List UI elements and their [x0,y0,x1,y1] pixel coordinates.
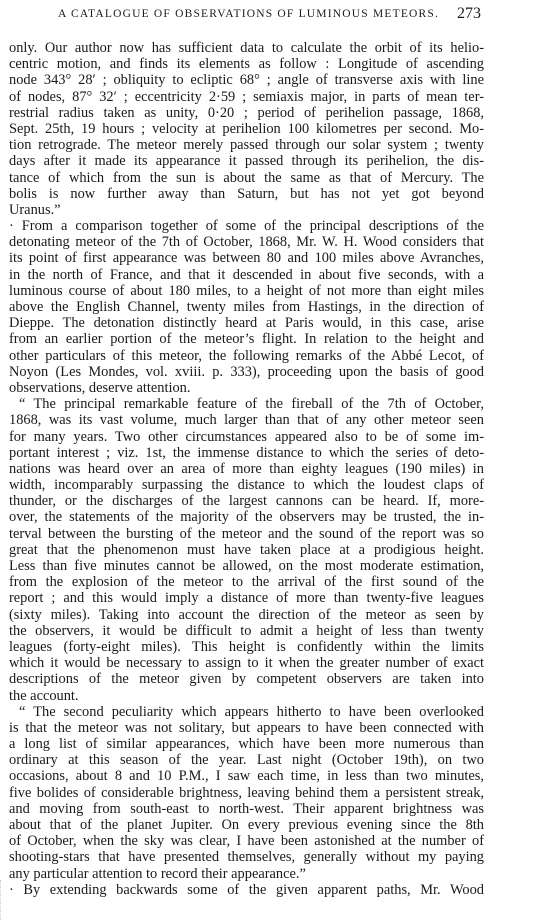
text-line: leagues (forty-eight miles). This height… [9,639,484,655]
text-line: tance of which from the sun is about the… [9,170,484,186]
text-line: descriptions of the meteor given by comp… [9,671,484,687]
text-line: is that the meteor was not solitary, but… [9,720,484,736]
text-line: terval between the bursting of the meteo… [9,526,484,542]
page-number: 273 [457,5,481,23]
document-page: A CATALOGUE OF OBSERVATIONS OF LUMINOUS … [0,0,550,920]
text-line: the account. [9,688,484,704]
paragraph-start-line: · By extending backwards some of the giv… [9,882,484,898]
text-line: five bolides of considerable brightness,… [9,785,484,801]
paragraph-start-line: “ The second peculiarity which appears h… [9,704,484,720]
text-line: above the English Channel, twenty miles … [9,299,484,315]
text-line: of October, when the sky was clear, I ha… [9,833,484,849]
text-line: nations was heard over an area of more t… [9,461,484,477]
text-line: ordinary at this season of the year. Las… [9,752,484,768]
text-line: detonating meteor of the 7th of October,… [9,234,484,250]
paragraph-start-line: · From a comparison together of some of … [9,218,484,234]
text-line: centric motion, and finds its elements a… [9,56,484,72]
paragraph-start-line: “ The principal remarkable feature of th… [9,396,484,412]
text-line: occasions, about 8 and 10 P.M., I saw ea… [9,768,484,784]
text-line: bolis is now further away than Saturn, b… [9,186,484,202]
text-line: which it would be necessary to assign to… [9,655,484,671]
text-line: from the explosion of the meteor to the … [9,574,484,590]
text-line: Noyon (Les Mondes, vol. xviii. p. 333), … [9,364,484,380]
text-line: the observers, it would be difficult to … [9,623,484,639]
text-line: a long list of similar appearances, whic… [9,736,484,752]
text-line: other particulars of this meteor, the fo… [9,348,484,364]
text-line: only. Our author now has sufficient data… [9,40,484,56]
text-line: for many years. Two other circumstances … [9,429,484,445]
text-line: luminous course of about 180 miles, to a… [9,283,484,299]
text-line: node 343° 28′ ; obliquity to ecliptic 68… [9,72,484,88]
text-line: portant interest ; viz. 1st, the immense… [9,445,484,461]
text-line: (sixty miles). Taking into account the d… [9,607,484,623]
text-line: over, the statements of the majority of … [9,509,484,525]
text-line: its point of first appearance was betwee… [9,250,484,266]
text-line: Uranus.” [9,202,484,218]
text-line: restrial radius taken as unity, 0·20 ; p… [9,105,484,121]
text-line: Dieppe. The detonation distinctly heard … [9,315,484,331]
margin-scan-artifact [0,880,5,920]
text-line: days after it made its appearance it pas… [9,153,484,169]
text-line: shooting-stars that have presented thems… [9,849,484,865]
text-line: thunder, or the discharges of the larges… [9,493,484,509]
text-line: any particular attention to record their… [9,866,484,882]
text-line: Less than five minutes cannot be allowed… [9,558,484,574]
text-line: 1868, was its vast volume, much larger t… [9,412,484,428]
body-text: only. Our author now has sufficient data… [9,40,484,898]
text-line: report ; and this would imply a distance… [9,590,484,606]
text-line: in the north of France, and that it desc… [9,267,484,283]
text-line: tion retrograde. The meteor merely passe… [9,137,484,153]
page-header: A CATALOGUE OF OBSERVATIONS OF LUMINOUS … [0,6,550,26]
text-line: about that of the planet Jupiter. On eve… [9,817,484,833]
text-line: width, incomparably surpassing the dista… [9,477,484,493]
text-line: and moving from south-east to north-west… [9,801,484,817]
running-title: A CATALOGUE OF OBSERVATIONS OF LUMINOUS … [58,8,439,20]
text-line: Sept. 25th, 19 hours ; velocity at perih… [9,121,484,137]
text-line: great that the phenomenon must have take… [9,542,484,558]
text-line: from an earlier portion of the meteor’s … [9,331,484,347]
text-line: observations, deserve attention. [9,380,484,396]
text-line: of nodes, 87° 32′ ; eccentricity 2·59 ; … [9,89,484,105]
